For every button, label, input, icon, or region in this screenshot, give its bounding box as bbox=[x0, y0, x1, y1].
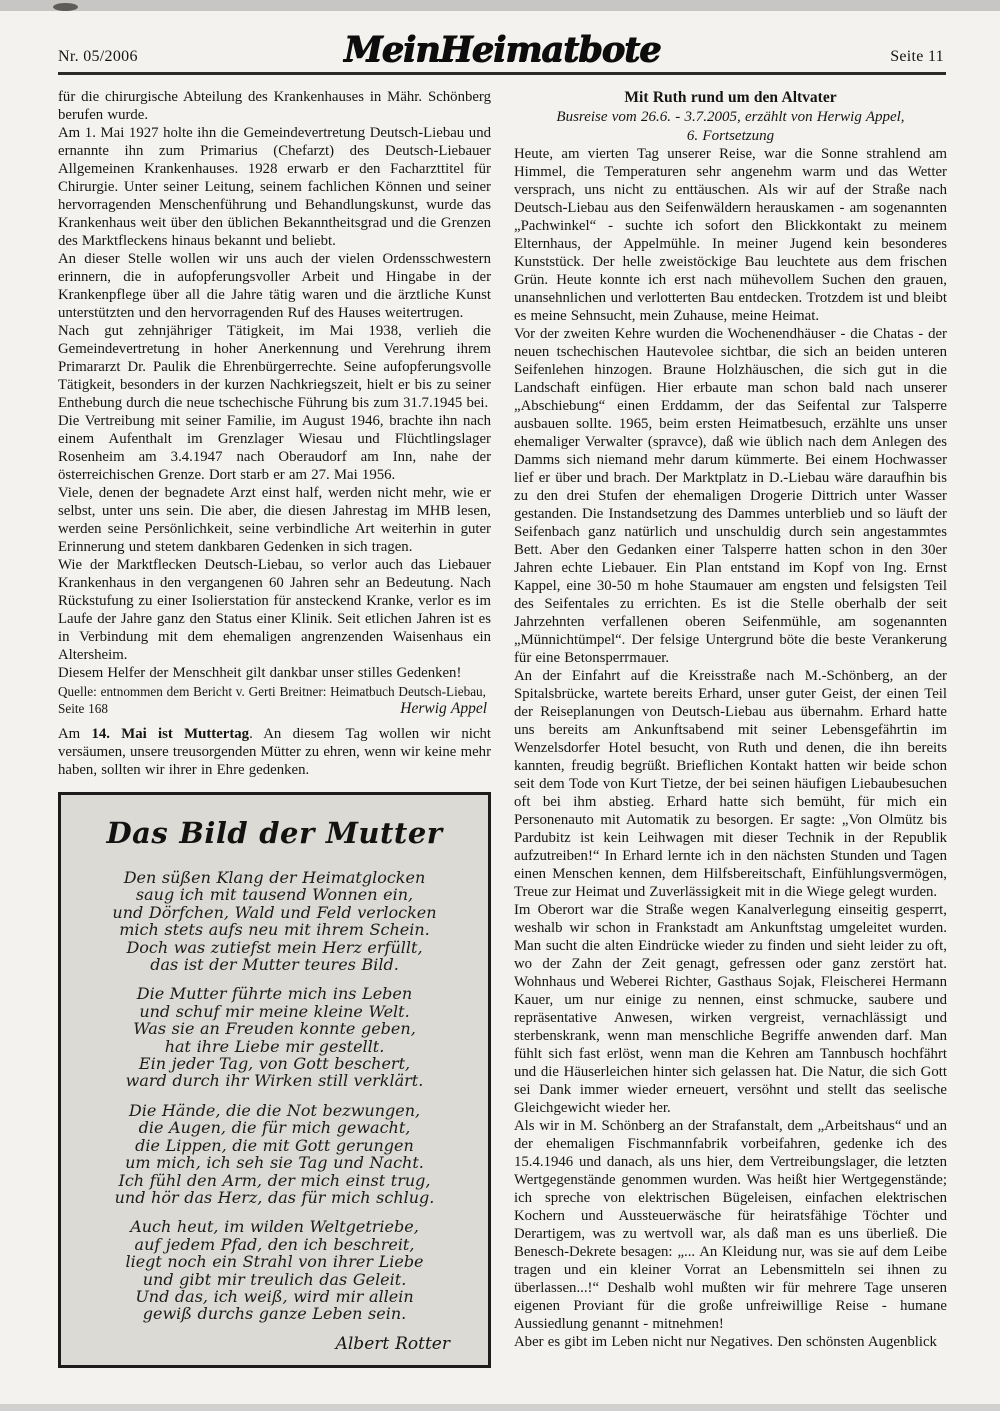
poem-line: saug ich mit tausend Wonnen ein, bbox=[69, 886, 480, 903]
paragraph: Diesem Helfer der Menschheit gilt dankba… bbox=[58, 664, 491, 682]
page-number: Seite 11 bbox=[890, 48, 944, 66]
poem-line: liegt noch ein Strahl von ihrer Liebe bbox=[69, 1253, 480, 1270]
page-header: Nr. 05/2006 MeinHeimatbote Seite 11 bbox=[58, 24, 946, 75]
muttertag-bold: 14. Mai ist Muttertag bbox=[92, 726, 250, 742]
paragraph: Aber es gibt im Leben nicht nur Negative… bbox=[514, 1333, 947, 1351]
poem-line: mich stets aufs neu mit ihrem Schein. bbox=[69, 921, 480, 938]
article-subtitle: Busreise vom 26.6. - 3.7.2005, erzählt v… bbox=[514, 108, 947, 127]
paragraph: Nach gut zehnjähriger Tätigkeit, im Mai … bbox=[58, 322, 491, 412]
scan-edge-bottom bbox=[0, 1404, 1000, 1411]
scan-edge-top bbox=[0, 0, 1000, 11]
right-column: Mit Ruth rund um den Altvater Busreise v… bbox=[514, 88, 947, 1368]
source-line: Quelle: entnommen dem Bericht v. Gerti B… bbox=[58, 683, 491, 700]
poem-line: Und das, ich weiß, wird mir allein bbox=[69, 1288, 480, 1305]
poem-line: Was sie an Freuden konnte geben, bbox=[69, 1020, 480, 1037]
paragraph: Heute, am vierten Tag unserer Reise, war… bbox=[514, 145, 947, 325]
paragraph: Wie der Marktflecken Deutsch-Liebau, so … bbox=[58, 556, 491, 664]
muttertag-pre: Am bbox=[58, 726, 92, 742]
author-signature: Herwig Appel bbox=[400, 700, 491, 717]
poem-line: ward durch ihr Wirken still verklärt. bbox=[69, 1072, 480, 1089]
paragraph: Als wir in M. Schönberg an der Strafanst… bbox=[514, 1117, 947, 1333]
poem-line: Den süßen Klang der Heimatglocken bbox=[69, 869, 480, 886]
poem-line: die Augen, die für mich gewacht, bbox=[69, 1119, 480, 1136]
poem-line: Auch heut, im wilden Weltgetriebe, bbox=[69, 1218, 480, 1235]
muttertag-paragraph: Am 14. Mai ist Muttertag. An diesem Tag … bbox=[58, 725, 491, 779]
paragraph: An dieser Stelle wollen wir uns auch der… bbox=[58, 250, 491, 322]
paragraph: Am 1. Mai 1927 holte ihn die Gemeindever… bbox=[58, 124, 491, 250]
paragraph: Die Vertreibung mit seiner Familie, im A… bbox=[58, 412, 491, 484]
content: für die chirurgische Abteilung des Krank… bbox=[58, 88, 948, 1368]
source-note: Quelle: entnommen dem Bericht v. Gerti B… bbox=[58, 683, 491, 717]
poem-stanza: Den süßen Klang der Heimatglocken saug i… bbox=[69, 869, 480, 973]
poem-line: Ein jeder Tag, von Gott beschert, bbox=[69, 1055, 480, 1072]
paragraph: Im Oberort war die Straße wegen Kanalver… bbox=[514, 901, 947, 1117]
poem-line: auf jedem Pfad, den ich beschreit, bbox=[69, 1236, 480, 1253]
poem-line: gewiß durchs ganze Leben sein. bbox=[69, 1305, 480, 1322]
scan-smudge bbox=[53, 3, 78, 11]
poem-author: Albert Rotter bbox=[69, 1335, 480, 1353]
poem-line: und Dörfchen, Wald und Feld verlocken bbox=[69, 904, 480, 921]
poem-line: und gibt mir treulich das Geleit. bbox=[69, 1271, 480, 1288]
poem-line: Die Hände, die die Not bezwungen, bbox=[69, 1102, 480, 1119]
poem-line: das ist der Mutter teures Bild. bbox=[69, 956, 480, 973]
poem-line: und schuf mir meine kleine Welt. bbox=[69, 1003, 480, 1020]
left-column: für die chirurgische Abteilung des Krank… bbox=[58, 88, 491, 1368]
poem-line: um mich, ich seh sie Tag und Nacht. bbox=[69, 1154, 480, 1171]
poem-line: Doch was zutiefst mein Herz erfüllt, bbox=[69, 939, 480, 956]
newspaper-page: { "header": { "issue": "Nr. 05/2006", "m… bbox=[0, 0, 1000, 1411]
poem-stanza: Die Hände, die die Not bezwungen, die Au… bbox=[69, 1102, 480, 1206]
source-page: Seite 168 bbox=[58, 700, 108, 717]
poem-line: Ich fühl den Arm, der mich einst trug, bbox=[69, 1172, 480, 1189]
paragraph: An der Einfahrt auf die Kreisstraße nach… bbox=[514, 667, 947, 901]
article-headline: Mit Ruth rund um den Altvater bbox=[514, 88, 947, 108]
poem-box: Das Bild der Mutter Den süßen Klang der … bbox=[58, 792, 491, 1368]
poem-line: Die Mutter führte mich ins Leben bbox=[69, 985, 480, 1002]
poem-stanza: Die Mutter führte mich ins Leben und sch… bbox=[69, 985, 480, 1089]
poem-line: und hör das Herz, das für mich schlug. bbox=[69, 1189, 480, 1206]
paragraph: für die chirurgische Abteilung des Krank… bbox=[58, 88, 491, 124]
poem-title: Das Bild der Mutter bbox=[69, 817, 480, 849]
poem-stanza: Auch heut, im wilden Weltgetriebe, auf j… bbox=[69, 1218, 480, 1322]
paragraph: Vor der zweiten Kehre wurden die Wochene… bbox=[514, 325, 947, 667]
paragraph: Viele, denen der begnadete Arzt einst ha… bbox=[58, 484, 491, 556]
masthead: MeinHeimatbote bbox=[58, 29, 946, 70]
article-subtitle-continuation: 6. Fortsetzung bbox=[514, 127, 947, 146]
poem-line: die Lippen, die mit Gott gerungen bbox=[69, 1137, 480, 1154]
poem-line: hat ihre Liebe mir gestellt. bbox=[69, 1038, 480, 1055]
